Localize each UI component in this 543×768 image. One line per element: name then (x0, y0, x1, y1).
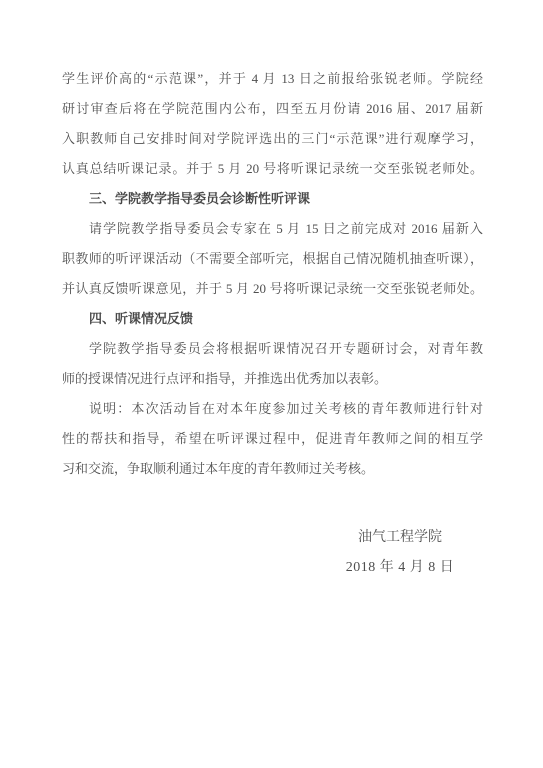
paragraph-line: 研讨审查后将在学院范围内公布，四至五月份请 2016 届、2017 届新 (62, 94, 483, 124)
section-heading-4: 四、听课情况反馈 (62, 304, 483, 334)
paragraph-line: 请学院教学指导委员会专家在 5 月 15 日之前完成对 2016 届新入 (62, 214, 483, 244)
paragraph-line: 学院教学指导委员会将根据听课情况召开专题研讨会，对青年教 (62, 334, 483, 364)
signature-date: 2018 年 4 月 8 日 (290, 553, 510, 583)
paragraph-line: 性的帮扶和指导，希望在听评课过程中，促进青年教师之间的相互学 (62, 424, 483, 454)
signature-org: 油气工程学院 (290, 523, 510, 553)
paragraph-line: 认真总结听课记录。并于 5 月 20 号将听课记录统一交至张锐老师处。 (62, 154, 483, 184)
signature-block: 油气工程学院 2018 年 4 月 8 日 (290, 523, 510, 583)
section-heading-3: 三、学院教学指导委员会诊断性听评课 (62, 184, 483, 214)
paragraph-line: 学生评价高的“示范课”，并于 4 月 13 日之前报给张锐老师。学院经 (62, 64, 483, 94)
paragraph-line: 职教师的听评课活动（不需要全部听完，根据自己情况随机抽查听课）， (62, 244, 483, 274)
document-page: 学生评价高的“示范课”，并于 4 月 13 日之前报给张锐老师。学院经 研讨审查… (0, 0, 543, 768)
document-body: 学生评价高的“示范课”，并于 4 月 13 日之前报给张锐老师。学院经 研讨审查… (62, 64, 483, 484)
paragraph-line: 并认真反馈听课意见，并于 5 月 20 号将听课记录统一交至张锐老师处。 (62, 274, 483, 304)
paragraph-line: 习和交流，争取顺利通过本年度的青年教师过关考核。 (62, 454, 483, 484)
paragraph-line: 师的授课情况进行点评和指导，并推选出优秀加以表彰。 (62, 364, 483, 394)
paragraph-line: 入职教师自己安排时间对学院评选出的三门“示范课”进行观摩学习， (62, 124, 483, 154)
paragraph-line: 说明：本次活动旨在对本年度参加过关考核的青年教师进行针对 (62, 394, 483, 424)
